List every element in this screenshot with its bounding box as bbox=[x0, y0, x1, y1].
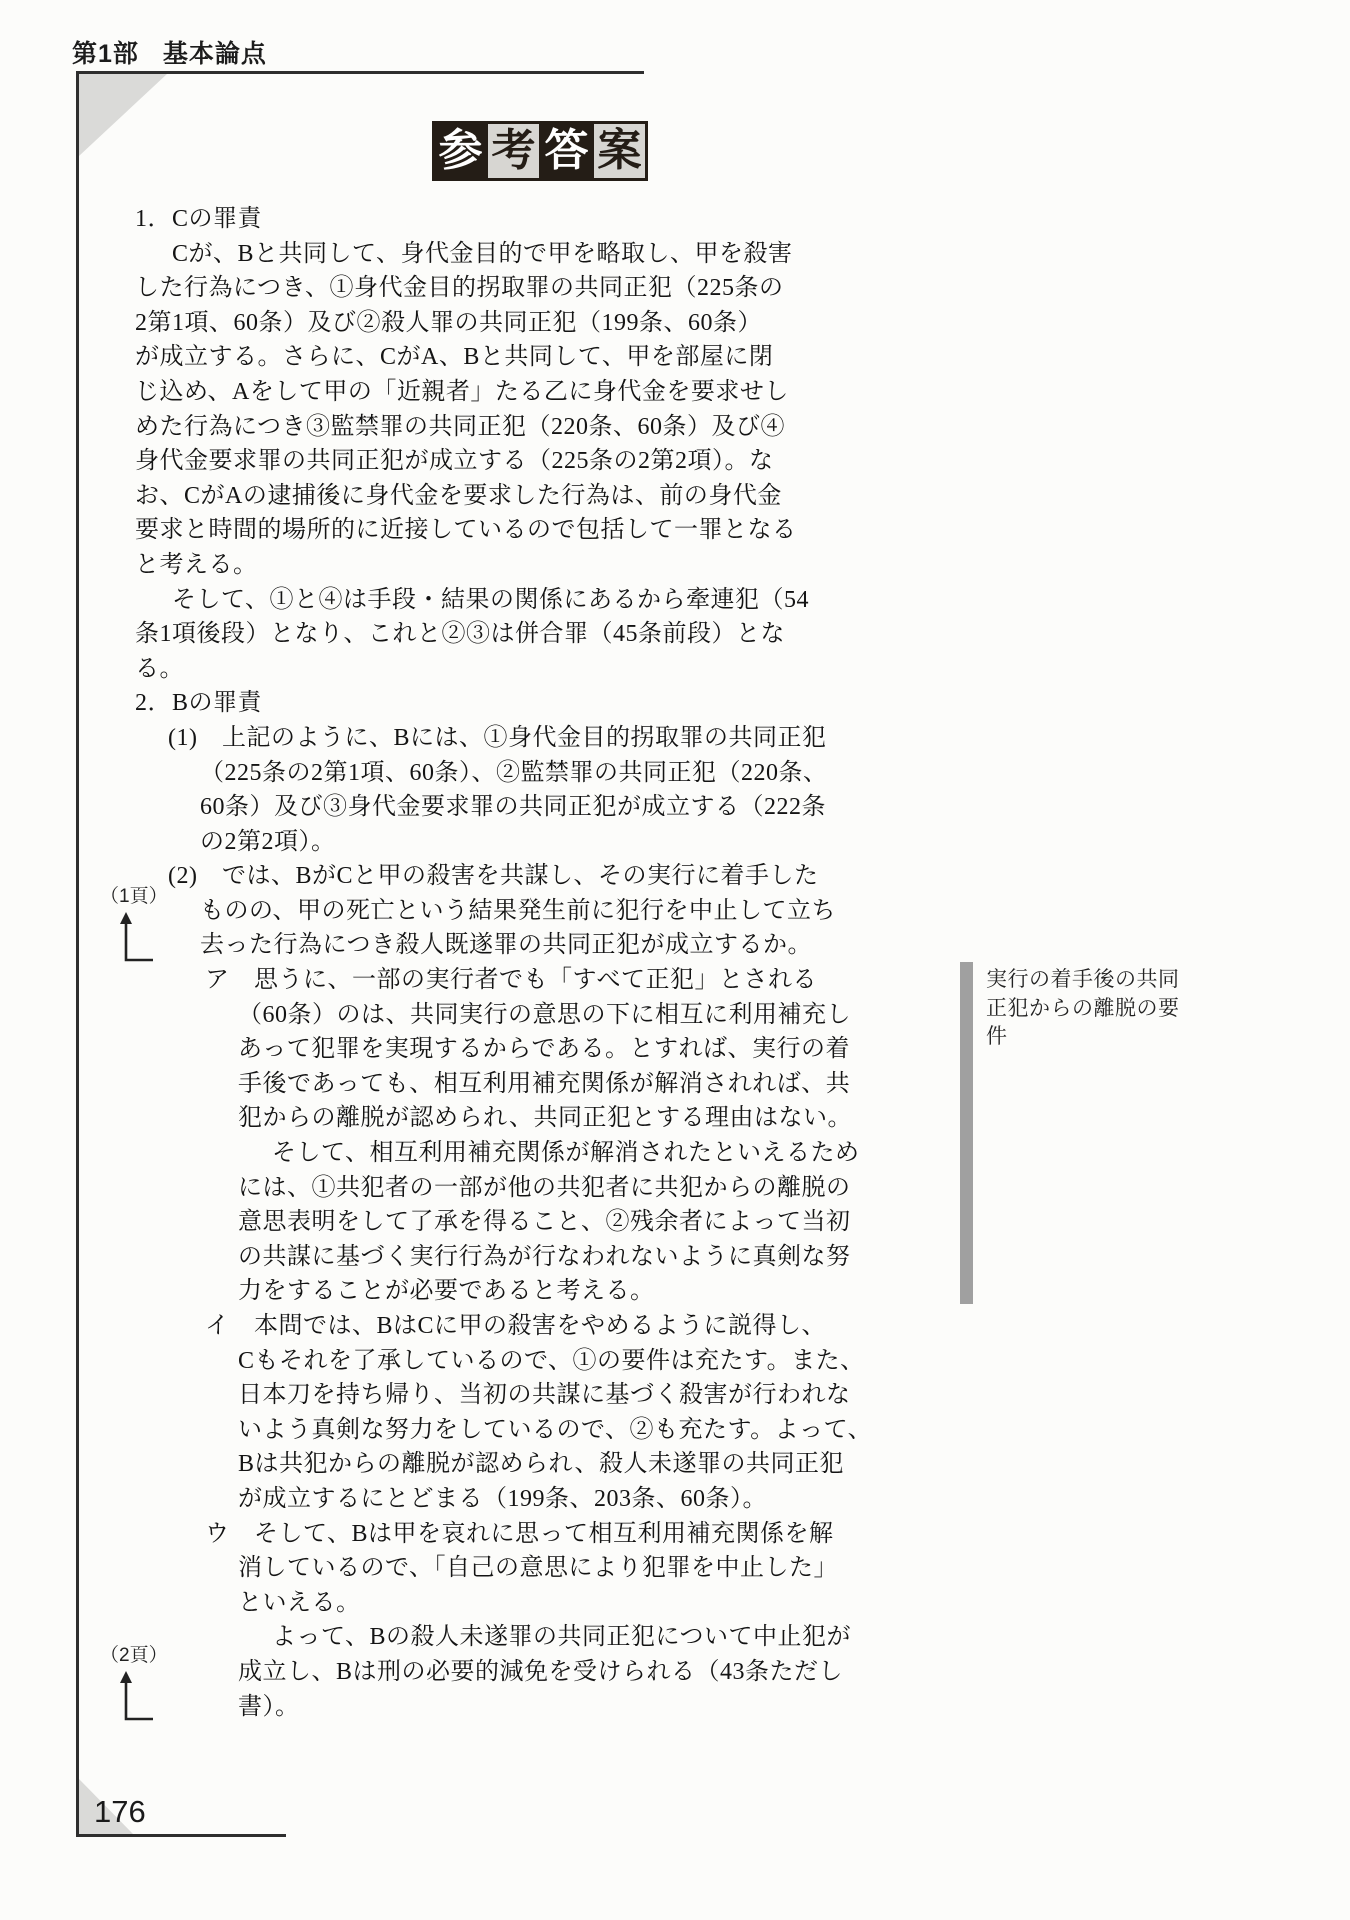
page1-marker: （1頁） bbox=[100, 881, 170, 966]
header-chapter-label: 基本論点 bbox=[163, 40, 267, 68]
body-line: と考える。 bbox=[135, 548, 795, 583]
body-line: 手後であっても、相互利用補充関係が解消されれば、共 bbox=[135, 1067, 795, 1102]
page2-marker: （2頁） bbox=[100, 1640, 170, 1725]
body-line: 成立し、Bは刑の必要的減免を受けられる（43条ただし bbox=[135, 1655, 795, 1690]
body-line: 2第1項、60条）及び②殺人罪の共同正犯（199条、60条） bbox=[135, 306, 795, 341]
body-line: イ 本問では、BはCに甲の殺害をやめるように説得し、 bbox=[135, 1309, 795, 1344]
left-border-rule bbox=[76, 71, 79, 1837]
title-char-cell: 答 bbox=[541, 124, 592, 178]
body-line: そして、①と④は手段・結果の関係にあるから牽連犯（54 bbox=[135, 583, 795, 618]
side-note-text: 実行の着手後の共同正犯からの離脱の要件 bbox=[986, 966, 1184, 1052]
body-line: Cが、Bと共同して、身代金目的で甲を略取し、甲を殺害 bbox=[135, 237, 795, 272]
corner-triangle-top bbox=[79, 74, 167, 156]
body-line: 要求と時間的場所的に近接しているので包括して一罪となる bbox=[135, 513, 795, 548]
title-char-cell: 考 bbox=[488, 124, 539, 178]
body-line: じ込め、Aをして甲の「近親者」たる乙に身代金を要求せし bbox=[135, 375, 795, 410]
body-line: （60条）のは、共同実行の意思の下に相互に利用補充し bbox=[135, 998, 795, 1033]
page-number: 176 bbox=[94, 1794, 146, 1830]
answer-body: 1．Cの罪責Cが、Bと共同して、身代金目的で甲を略取し、甲を殺害した行為につき、… bbox=[135, 202, 795, 1724]
header-part-label: 第1部 bbox=[72, 40, 139, 68]
up-arrow-icon bbox=[113, 912, 155, 966]
body-line: あって犯罪を実現するからである。とすれば、実行の着 bbox=[135, 1032, 795, 1067]
body-line: めた行為につき③監禁罪の共同正犯（220条、60条）及び④ bbox=[135, 410, 795, 445]
body-line: Bは共犯からの離脱が認められ、殺人未遂罪の共同正犯 bbox=[135, 1447, 795, 1482]
title-char-cell: 参 bbox=[435, 124, 486, 178]
page-header: 第1部基本論点 bbox=[72, 34, 267, 70]
body-line: (1) 上記のように、Bには、①身代金目的拐取罪の共同正犯 bbox=[135, 721, 795, 756]
body-line: 身代金要求罪の共同正犯が成立する（225条の2第2項）。な bbox=[135, 444, 795, 479]
side-note-bar bbox=[960, 962, 973, 1304]
body-line: が成立するにとどまる（199条、203条、60条）。 bbox=[135, 1482, 795, 1517]
reference-answer-title-box: 参考答案 bbox=[432, 121, 648, 181]
body-line: ウ そして、Bは甲を哀れに思って相互利用補充関係を解 bbox=[135, 1517, 795, 1552]
body-line: ものの、甲の死亡という結果発生前に犯行を中止して立ち bbox=[135, 894, 795, 929]
body-line: ア 思うに、一部の実行者でも「すべて正犯」とされる bbox=[135, 963, 795, 998]
body-line: の2第2項）。 bbox=[135, 825, 795, 860]
body-line: 意思表明をして了承を得ること、②残余者によって当初 bbox=[135, 1205, 795, 1240]
body-line: 条1項後段）となり、これと②③は併合罪（45条前段）とな bbox=[135, 617, 795, 652]
body-line: お、CがAの逮捕後に身代金を要求した行為は、前の身代金 bbox=[135, 479, 795, 514]
body-line: 消しているので、「自己の意思により犯罪を中止した」 bbox=[135, 1551, 795, 1586]
page2-marker-label: （2頁） bbox=[100, 1640, 170, 1667]
body-line: いよう真剣な努力をしているので、②も充たす。よって、 bbox=[135, 1413, 795, 1448]
page1-marker-label: （1頁） bbox=[100, 881, 170, 908]
body-line: 犯からの離脱が認められ、共同正犯とする理由はない。 bbox=[135, 1101, 795, 1136]
body-line: には、①共犯者の一部が他の共犯者に共犯からの離脱の bbox=[135, 1171, 795, 1206]
body-line: Cもそれを了承しているので、①の要件は充たす。また、 bbox=[135, 1344, 795, 1379]
body-line: る。 bbox=[135, 652, 795, 687]
bottom-rule bbox=[76, 1834, 286, 1837]
body-line: （225条の2第1項、60条）、②監禁罪の共同正犯（220条、 bbox=[135, 756, 795, 791]
body-line: よって、Bの殺人未遂罪の共同正犯について中止犯が bbox=[135, 1620, 795, 1655]
title-char-cell: 案 bbox=[594, 124, 645, 178]
body-line: 去った行為につき殺人既遂罪の共同正犯が成立するか。 bbox=[135, 928, 795, 963]
body-line: そして、相互利用補充関係が解消されたといえるため bbox=[135, 1136, 795, 1171]
body-line: 1．Cの罪責 bbox=[135, 202, 795, 237]
body-line: の共謀に基づく実行行為が行なわれないように真剣な努 bbox=[135, 1240, 795, 1275]
up-arrow-icon bbox=[113, 1671, 155, 1725]
body-line: 日本刀を持ち帰り、当初の共謀に基づく殺害が行われな bbox=[135, 1378, 795, 1413]
body-line: が成立する。さらに、CがA、Bと共同して、甲を部屋に閉 bbox=[135, 340, 795, 375]
body-line: 力をすることが必要であると考える。 bbox=[135, 1274, 795, 1309]
body-line: 2．Bの罪責 bbox=[135, 686, 795, 721]
body-line: 書）。 bbox=[135, 1690, 795, 1725]
body-line: 60条）及び③身代金要求罪の共同正犯が成立する（222条 bbox=[135, 790, 795, 825]
body-line: した行為につき、①身代金目的拐取罪の共同正犯（225条の bbox=[135, 271, 795, 306]
body-line: (2) では、BがCと甲の殺害を共謀し、その実行に着手した bbox=[135, 859, 795, 894]
body-line: といえる。 bbox=[135, 1586, 795, 1621]
